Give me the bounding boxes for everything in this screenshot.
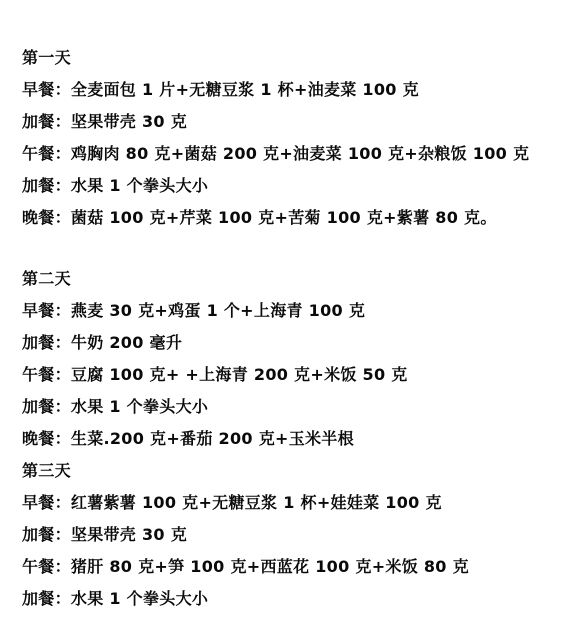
day-3-breakfast-line: 早餐：红薯紫薯 100 克+无糖豆浆 1 杯+娃娃菜 100 克 xyxy=(22,487,544,519)
day-1-breakfast-line: 早餐：全麦面包 1 片+无糖豆浆 1 杯+油麦菜 100 克 xyxy=(22,74,544,106)
day-3-snack2-line: 加餐：水果 1 个拳头大小 xyxy=(22,583,544,615)
day-2-heading: 第二天 xyxy=(22,263,544,295)
day-3-lunch-line: 午餐：猪肝 80 克+笋 100 克+西蓝花 100 克+米饭 80 克 xyxy=(22,551,544,583)
day-1-snack2-line: 加餐：水果 1 个拳头大小 xyxy=(22,170,544,202)
day-1-snack1-line: 加餐：坚果带壳 30 克 xyxy=(22,106,544,138)
day-1-heading: 第一天 xyxy=(22,42,544,74)
day-2-breakfast-line: 早餐：燕麦 30 克+鸡蛋 1 个+上海青 100 克 xyxy=(22,295,544,327)
meal-plan-document: 第一天 早餐：全麦面包 1 片+无糖豆浆 1 杯+油麦菜 100 克 加餐：坚果… xyxy=(0,0,562,618)
day-2-snack1-line: 加餐：牛奶 200 毫升 xyxy=(22,327,544,359)
day-2-snack2-line: 加餐：水果 1 个拳头大小 xyxy=(22,391,544,423)
day-1-dinner-line: 晚餐：菌菇 100 克+芹菜 100 克+苦菊 100 克+紫薯 80 克。 xyxy=(22,202,544,234)
day-3-heading: 第三天 xyxy=(22,455,544,487)
day-2-dinner-line: 晚餐：生菜.200 克+番茄 200 克+玉米半根 xyxy=(22,423,544,455)
day-2-lunch-line: 午餐：豆腐 100 克+ +上海青 200 克+米饭 50 克 xyxy=(22,359,544,391)
day-1-lunch-line: 午餐：鸡胸肉 80 克+菌菇 200 克+油麦菜 100 克+杂粮饭 100 克 xyxy=(22,138,544,170)
day-3-snack1-line: 加餐：坚果带壳 30 克 xyxy=(22,519,544,551)
